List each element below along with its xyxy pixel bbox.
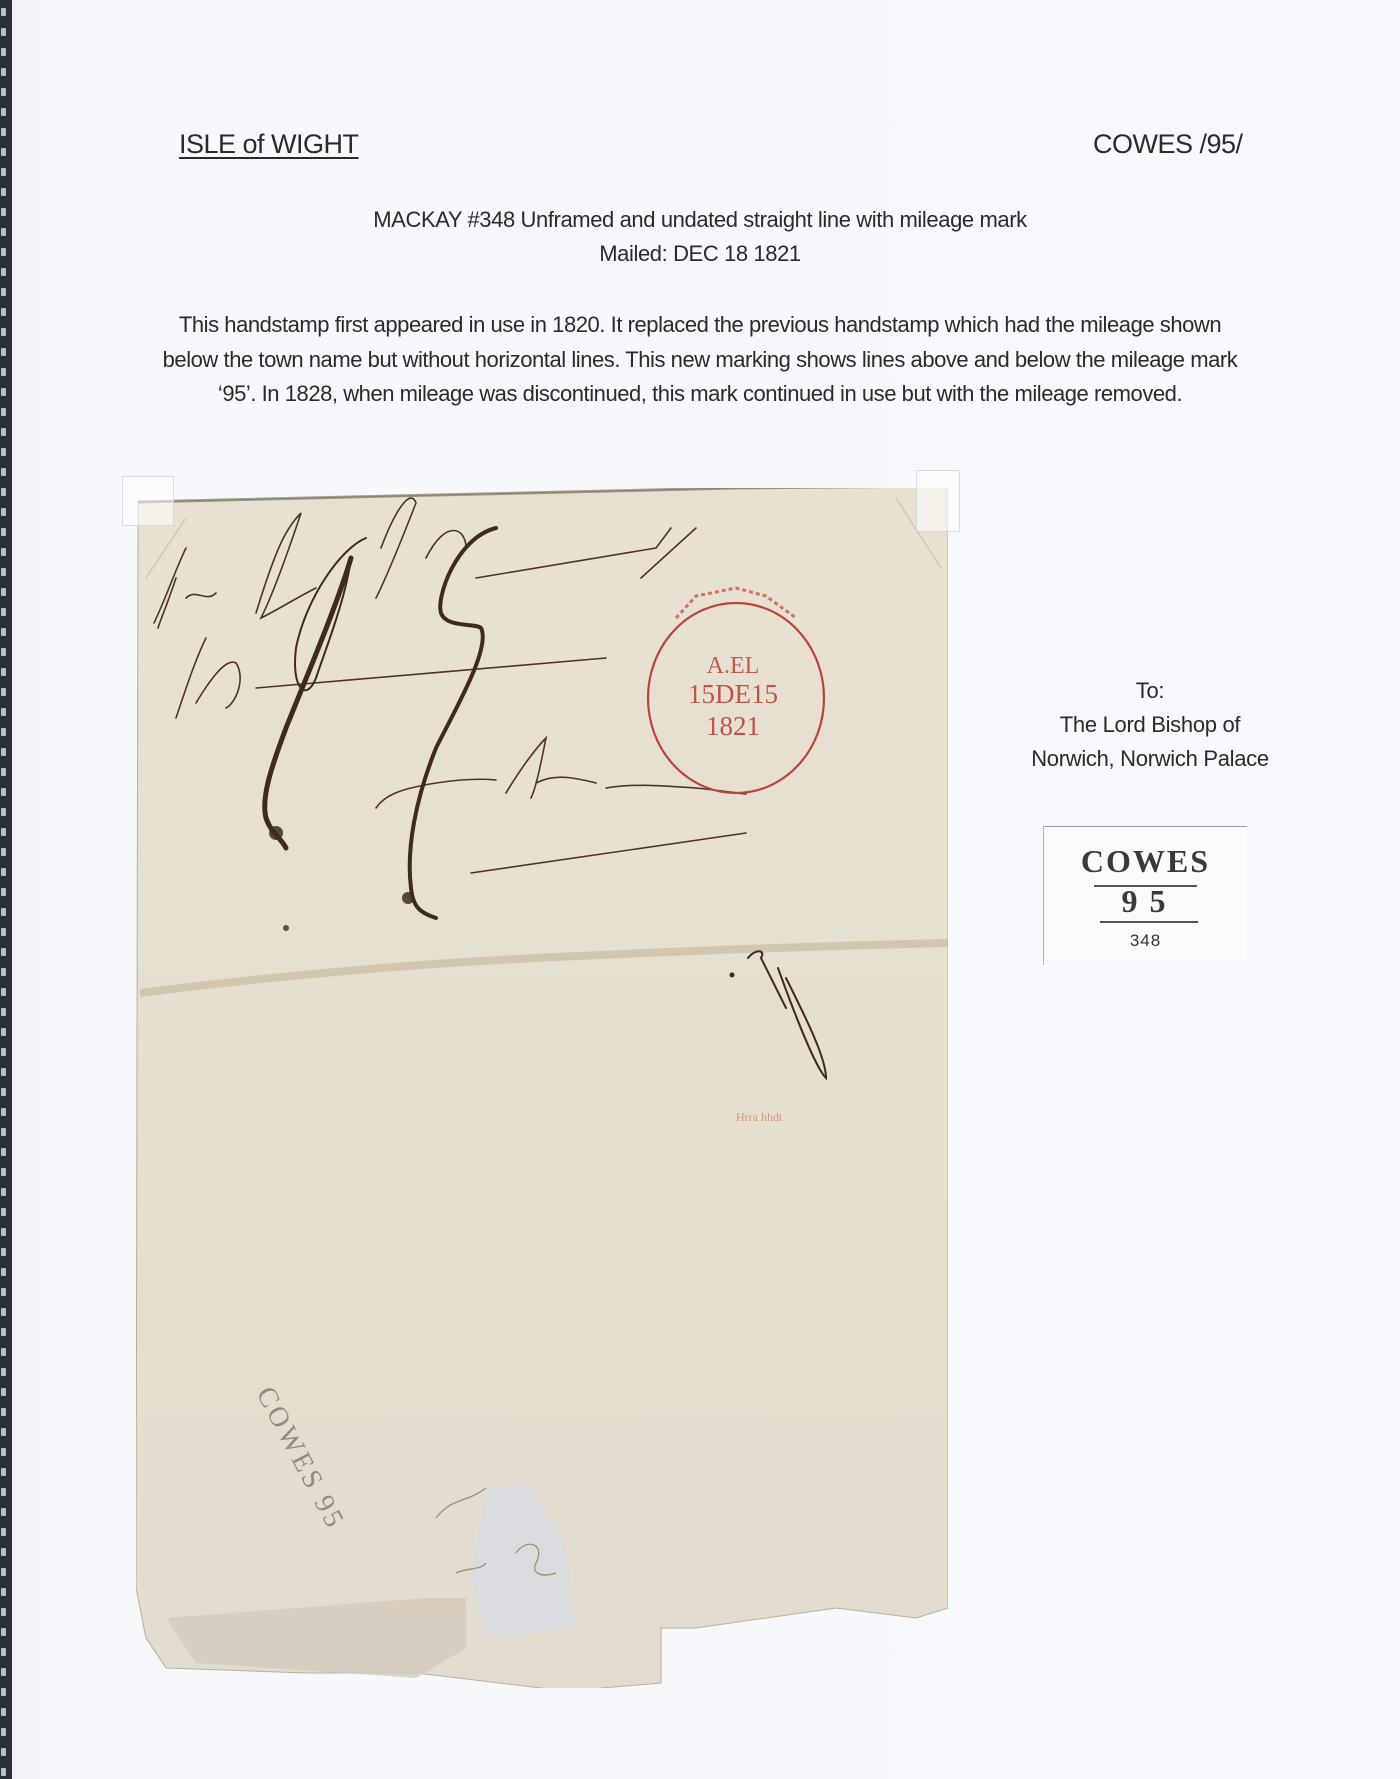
binder-hole [1,388,6,396]
binder-hole [1,768,6,776]
binder-hole [1,988,6,996]
binder-hole [1,48,6,56]
binder-hole [1,528,6,536]
binder-hole [1,1768,6,1776]
svg-text:1821: 1821 [706,711,760,741]
binder-hole [1,88,6,96]
region-title: ISLE of WIGHT [179,129,359,160]
description-paragraph: This handstamp first appeared in use in … [150,308,1250,412]
binder-hole [1,1568,6,1576]
binder-hole [1,28,6,36]
binder-hole [1,68,6,76]
binder-hole [1,1548,6,1556]
binder-hole [1,348,6,356]
binder-hole [1,508,6,516]
mount-corner [916,470,960,532]
reference-handstamp-illustration: COWES 95 348 [1043,826,1247,965]
binder-hole [1,628,6,636]
binder-hole [1,1288,6,1296]
binder-hole [1,408,6,416]
binder-hole [1,1008,6,1016]
binder-hole [1,1728,6,1736]
binder-hole [1,1488,6,1496]
binder-hole [1,1108,6,1116]
binder-hole [1,708,6,716]
binder-hole [1,1188,6,1196]
handstamp-town: COWES [1044,843,1247,880]
binder-hole [1,268,6,276]
binder-hole [1,968,6,976]
binder-hole [1,648,6,656]
address-label: To: [1000,674,1300,708]
binder-hole [1,308,6,316]
binder-hole [1,188,6,196]
binder-hole [1,1248,6,1256]
binder-hole [1,1028,6,1036]
binder-hole [1,668,6,676]
catalogue-heading: MACKAY #348 Unframed and undated straigh… [0,207,1400,233]
binder-hole [1,1328,6,1336]
binder-hole [1,1388,6,1396]
binder-hole [1,548,6,556]
mailed-date: Mailed: DEC 18 1821 [0,241,1400,267]
binder-hole [1,1588,6,1596]
binder-hole [1,808,6,816]
binder-hole [1,148,6,156]
binder-hole [1,828,6,836]
address-block: To: The Lord Bishop of Norwich, Norwich … [1000,674,1300,776]
binder-hole [1,1688,6,1696]
binder-hole [1,688,6,696]
folded-letter-cover: A.EL 15DE15 1821 Hrra hhdt COWES 95 [136,488,948,1638]
binder-hole [1,1448,6,1456]
binder-hole [1,788,6,796]
address-line-1: The Lord Bishop of [1000,708,1300,742]
binder-hole [1,1168,6,1176]
letter-artwork: A.EL 15DE15 1821 Hrra hhdt COWES 95 [136,488,948,1688]
address-line-2: Norwich, Norwich Palace [1000,742,1300,776]
binder-hole [1,1208,6,1216]
svg-text:A.EL: A.EL [707,653,760,679]
binder-hole [1,1628,6,1636]
binder-hole [1,888,6,896]
handstamp-mileage: 95 [1044,883,1247,920]
binder-hole [1,1648,6,1656]
binder-hole [1,488,6,496]
binder-hole [1,328,6,336]
handstamp-rule-bottom [1100,921,1198,923]
binder-hole [1,1348,6,1356]
binder-hole [1,1368,6,1376]
binder-hole [1,748,6,756]
binder-hole [1,588,6,596]
svg-text:Hrra hhdt: Hrra hhdt [736,1110,783,1124]
binder-hole [1,868,6,876]
binder-hole [1,1528,6,1536]
svg-text:15DE15: 15DE15 [688,679,778,709]
binder-hole [1,368,6,376]
binder-hole [1,1088,6,1096]
binder-hole [1,288,6,296]
binder-hole [1,1068,6,1076]
binder-hole [1,1508,6,1516]
postmark-type-title: COWES /95/ [1093,129,1243,160]
binder-hole [1,848,6,856]
binder-hole [1,928,6,936]
binder-hole [1,1408,6,1416]
binder-hole [1,1468,6,1476]
binder-hole [1,1608,6,1616]
binder-hole [1,1268,6,1276]
binder-hole [1,428,6,436]
binder-hole [1,568,6,576]
binder-hole [1,1668,6,1676]
binder-hole [1,128,6,136]
binder-hole [1,1428,6,1436]
binder-hole [1,608,6,616]
binder-hole [1,1228,6,1236]
handstamp-catalogue-number: 348 [1044,931,1247,951]
binder-hole [1,448,6,456]
binder-hole [1,728,6,736]
binder-hole [1,468,6,476]
binder-hole [1,1308,6,1316]
binder-hole [1,1748,6,1756]
mount-corner [122,476,174,526]
binder-hole [1,8,6,16]
binder-hole [1,948,6,956]
binder-hole [1,1128,6,1136]
binder-hole [1,1048,6,1056]
binder-hole [1,168,6,176]
binder-hole [1,108,6,116]
binder-hole [1,908,6,916]
binder-hole [1,1708,6,1716]
binder-hole [1,1148,6,1156]
